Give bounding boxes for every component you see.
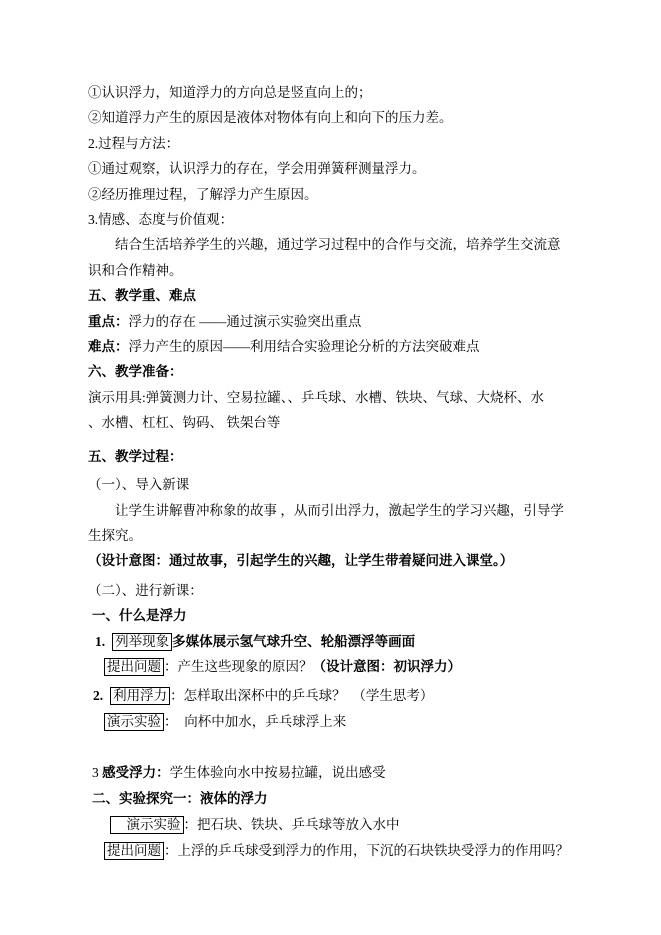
text-segment: 结合生活培养学生的兴趣，通过学习过程中的合作与交流，培养学生交流意 — [115, 237, 561, 252]
heading-teaching-preparation: 六、教学准备： — [88, 359, 626, 384]
process-method-1: ①通过观察，认识浮力的存在，学会用弹簧秤测量浮力。 — [88, 156, 626, 181]
text-segment: （设计意图：初识浮力） — [313, 659, 462, 674]
text-segment: 、水槽、杠杠、钩码、 铁架台等 — [88, 415, 280, 430]
boxed-label: 提出问题 — [104, 842, 164, 860]
text-segment: 多媒体展示氢气球升空、轮船漂浮等画面 — [172, 634, 415, 649]
document-content: ①认识浮力，知道浮力的方向总是竖直向上的；②知道浮力产生的原因是液体对物体有向上… — [88, 80, 626, 864]
text-segment: （二）、进行新课： — [88, 583, 203, 598]
text-segment: ：产生这些现象的原因？ — [164, 659, 313, 674]
item-2-demo-experiment: 演示实验： 向杯中加水，乒乓球浮上来 — [88, 709, 626, 734]
text-segment: 演示用具:弹簧测力计、空易拉罐、、乒乓球、水槽、铁块、气球、大烧杯、水 — [88, 390, 544, 405]
boxed-label: 提出问题 — [104, 658, 164, 676]
subheading-lead-in: （一）、导入新课 — [88, 472, 626, 497]
text-segment: 五、教学重、难点 — [88, 288, 196, 303]
boxed-label: 演示实验 — [104, 713, 164, 731]
emotion-attitude-text: 结合生活培养学生的兴趣，通过学习过程中的合作与交流，培养学生交流意识和合作精神。 — [88, 232, 626, 283]
section-process-and-methods: 2.过程与方法： — [88, 131, 626, 156]
text-segment: 学生体验向水中按易拉罐，说出感受 — [170, 765, 386, 780]
boxed-label: 利用浮力 — [110, 687, 170, 705]
demo-tools: 演示用具:弹簧测力计、空易拉罐、、乒乓球、水槽、铁块、气球、大烧杯、水、水槽、杠… — [88, 385, 626, 436]
text-segment: 六、教学准备： — [88, 364, 183, 379]
item-2-use-buoyancy: 2.利用浮力：怎样取出深杯中的乒乓球？ （学生思考） — [88, 683, 626, 708]
text-segment: 2. — [93, 688, 103, 703]
text-segment: 二、实验探究一：液体的浮力 — [92, 791, 268, 806]
text-segment: （一）、导入新课 — [88, 477, 189, 492]
objective-knowledge-2: ②知道浮力产生的原因是液体对物体有向上和向下的压力差。 — [88, 105, 626, 130]
key-point: 重点：浮力的存在 ——通过演示实验突出重点 — [88, 309, 626, 334]
text-segment: 难点： — [88, 339, 129, 354]
text-segment: ①通过观察，认识浮力的存在，学会用弹簧秤测量浮力。 — [88, 161, 426, 176]
text-segment: 1. — [95, 634, 105, 649]
heading-teaching-process: 五、教学过程： — [88, 444, 626, 469]
design-intent-story: （设计意图：通过故事，引起学生的兴趣，让学生带着疑问进入课堂。） — [88, 548, 626, 573]
text-segment: ：上浮的乒乓球受到浮力的作用，下沉的石块铁块受浮力的作用吗？ — [164, 843, 569, 858]
text-segment: ①认识浮力，知道浮力的方向总是竖直向上的； — [88, 85, 372, 100]
text-segment: 一、什么是浮力 — [92, 608, 187, 623]
boxed-label: 列举现象 — [112, 633, 172, 651]
text-segment: 浮力产生的原因——利用结合实验理论分析的方法突破难点 — [129, 339, 480, 354]
lead-in-text: 让学生讲解曹冲称象的故事 ，从而引出浮力，激起学生的学习兴趣，引导学生探究。 — [88, 498, 626, 549]
text-segment: （设计意图：通过故事，引起学生的兴趣，让学生带着疑问进入课堂。） — [88, 553, 513, 568]
text-segment: 2.过程与方法： — [88, 136, 179, 151]
text-segment: 3 — [92, 765, 102, 780]
text-segment: ：怎样取出深杯中的乒乓球？ （学生思考） — [170, 688, 433, 703]
text-segment: ②经历推理过程，了解浮力产生原因。 — [88, 187, 318, 202]
section-emotion-attitude-values: 3.情感、态度与价值观： — [88, 207, 626, 232]
document-page: ①认识浮力，知道浮力的方向总是竖直向上的；②知道浮力产生的原因是液体对物体有向上… — [0, 0, 661, 935]
objective-knowledge-1: ①认识浮力，知道浮力的方向总是竖直向上的； — [88, 80, 626, 105]
text-segment: 五、教学过程： — [88, 449, 183, 464]
text-segment: 生探究。 — [88, 528, 142, 543]
process-method-2: ②经历推理过程，了解浮力产生原因。 — [88, 182, 626, 207]
item-1-list-phenomena: 1.列举现象多媒体展示氢气球升空、轮船漂浮等画面 — [88, 629, 626, 654]
text-segment: 3.情感、态度与价值观： — [88, 212, 233, 227]
text-segment: 识和合作精神。 — [88, 263, 183, 278]
exploration-raise-question: 提出问题：上浮的乒乓球受到浮力的作用，下沉的石块铁块受浮力的作用吗？ — [88, 838, 626, 863]
boxed-label: 演示实验 — [110, 816, 184, 834]
difficult-point: 难点：浮力产生的原因——利用结合实验理论分析的方法突破难点 — [88, 334, 626, 359]
item-1-raise-question: 提出问题：产生这些现象的原因？（设计意图：初识浮力） — [88, 654, 626, 679]
text-segment: ： 向杯中加水，乒乓球浮上来 — [164, 714, 346, 729]
heading-key-difficult-points: 五、教学重、难点 — [88, 283, 626, 308]
text-segment: 感受浮力： — [102, 765, 170, 780]
text-segment: 让学生讲解曹冲称象的故事 ，从而引出浮力，激起学生的学习兴趣，引导学 — [115, 503, 564, 518]
item-3-feel-buoyancy: 3 感受浮力：学生体验向水中按易拉罐，说出感受 — [88, 760, 626, 785]
text-segment: 浮力的存在 ——通过演示实验突出重点 — [129, 314, 362, 329]
text-segment: ②知道浮力产生的原因是液体对物体有向上和向下的压力差。 — [88, 110, 453, 125]
subheading-new-lesson: （二）、进行新课： — [88, 578, 626, 603]
text-segment: 重点： — [88, 314, 129, 329]
heading-what-is-buoyancy: 一、什么是浮力 — [88, 603, 626, 628]
exploration-demo-experiment: 演示实验：把石块、铁块、乒乓球等放入水中 — [88, 812, 626, 837]
heading-experiment-exploration-1: 二、实验探究一：液体的浮力 — [88, 786, 626, 811]
text-segment: ：把石块、铁块、乒乓球等放入水中 — [184, 817, 400, 832]
